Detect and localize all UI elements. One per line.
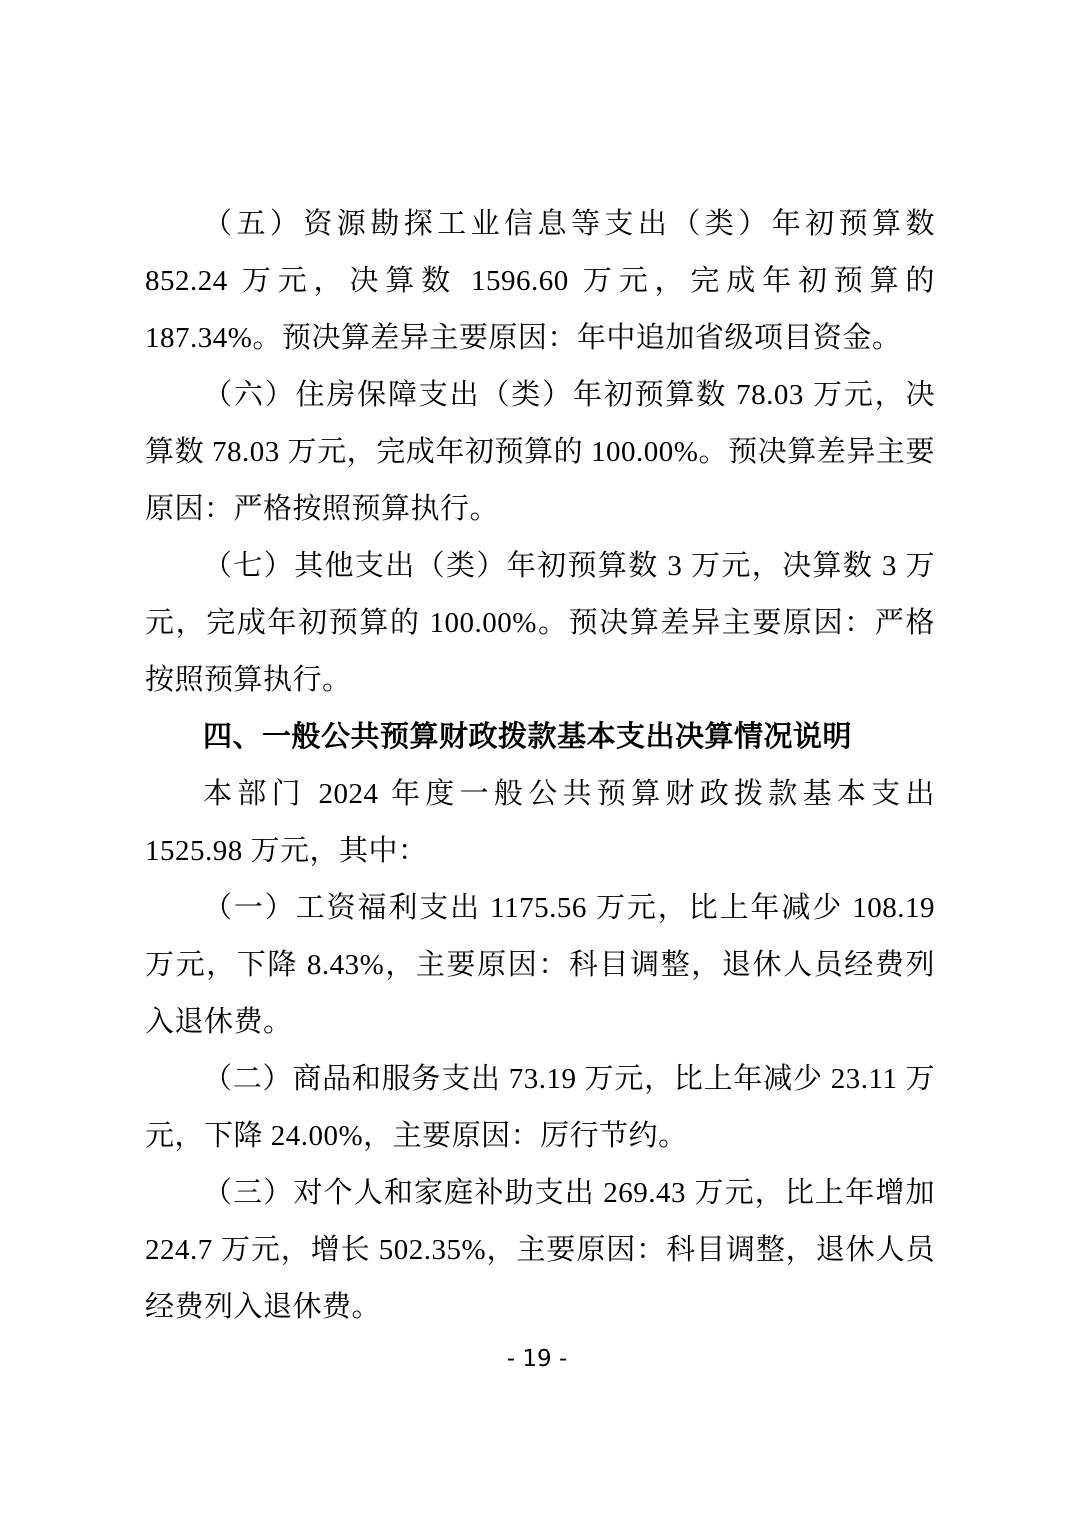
paragraph-basic-expense-intro: 本部门 2024 年度一般公共预算财政拨款基本支出 1525.98 万元，其中： <box>145 766 935 880</box>
paragraph-basic-expense-item-2: （二）商品和服务支出 73.19 万元，比上年减少 23.11 万元，下降 24… <box>145 1051 935 1165</box>
document-page: （五）资源勘探工业信息等支出（类）年初预算数 852.24 万元，决算数 159… <box>0 0 1074 1520</box>
paragraph-expense-class-7: （七）其他支出（类）年初预算数 3 万元，决算数 3 万元，完成年初预算的 10… <box>145 538 935 709</box>
paragraph-basic-expense-item-1: （一）工资福利支出 1175.56 万元，比上年减少 108.19 万元，下降 … <box>145 880 935 1051</box>
paragraph-expense-class-5: （五）资源勘探工业信息等支出（类）年初预算数 852.24 万元，决算数 159… <box>145 196 935 367</box>
page-number: - 19 - <box>0 1342 1074 1376</box>
paragraph-basic-expense-item-3: （三）对个人和家庭补助支出 269.43 万元，比上年增加 224.7 万元，增… <box>145 1165 935 1336</box>
paragraph-expense-class-6: （六）住房保障支出（类）年初预算数 78.03 万元，决算数 78.03 万元，… <box>145 367 935 538</box>
document-body: （五）资源勘探工业信息等支出（类）年初预算数 852.24 万元，决算数 159… <box>145 196 935 1336</box>
section-heading-4: 四、一般公共预算财政拨款基本支出决算情况说明 <box>145 709 935 766</box>
